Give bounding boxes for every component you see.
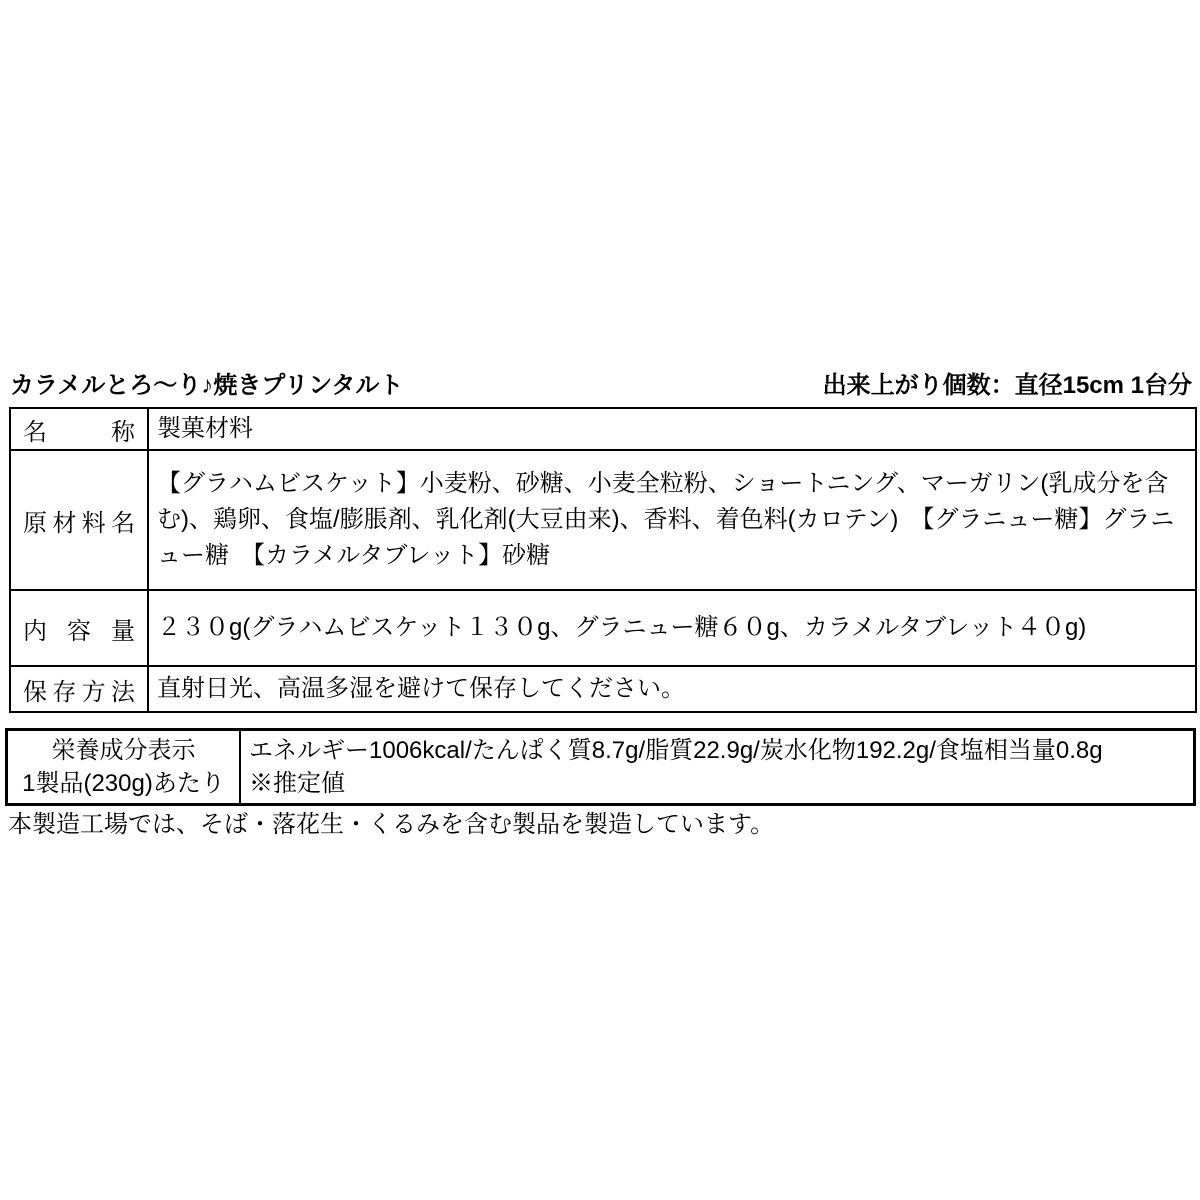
product-label-page: カラメルとろ～り♪焼きプリンタルト 出来上がり個数：直径15cm 1台分 名称 … <box>0 0 1200 1200</box>
row-label-storage: 保存方法 <box>11 667 149 711</box>
row-value-storage: 直射日光、高温多湿を避けて保存してください。 <box>149 667 1195 711</box>
row-label-ingredients-text: 原材料名 <box>23 503 135 538</box>
table-row-net-content: 内容量 ２３０g(グラハムビスケット１３０g、グラニュー糖６０g、カラメルタブレ… <box>11 589 1195 665</box>
table-row-ingredients: 原材料名 【グラハムビスケット】小麦粉、砂糖、小麦全粒粉、ショートニング、マーガ… <box>11 449 1195 589</box>
nutrition-content: エネルギー1006kcal/たんぱく質8.7g/脂質22.9g/炭水化物192.… <box>241 731 1193 803</box>
row-value-net-content: ２３０g(グラハムビスケット１３０g、グラニュー糖６０g、カラメルタブレット４０… <box>149 591 1195 665</box>
nutrition-note: ※推定値 <box>249 767 1185 800</box>
row-label-net-content: 内容量 <box>11 591 149 665</box>
row-label-net-content-text: 内容量 <box>23 611 135 646</box>
spec-table: 名称 製菓材料 原材料名 【グラハムビスケット】小麦粉、砂糖、小麦全粒粉、ショー… <box>9 407 1197 713</box>
table-row-storage: 保存方法 直射日光、高温多湿を避けて保存してください。 <box>11 665 1195 711</box>
yield-info: 出来上がり個数：直径15cm 1台分 <box>823 372 1192 400</box>
row-label-name: 名称 <box>11 409 149 449</box>
row-label-ingredients: 原材料名 <box>11 451 149 589</box>
nutrition-label-line2: 1製品(230g)あたり <box>22 767 225 800</box>
nutrition-label-line1: 栄養成分表示 <box>52 734 196 767</box>
nutrition-values: エネルギー1006kcal/たんぱく質8.7g/脂質22.9g/炭水化物192.… <box>249 734 1185 767</box>
row-value-name-text: 製菓材料 <box>157 411 253 447</box>
allergen-notice: 本製造工場では、そば・落花生・くるみを含む製品を製造しています。 <box>8 810 1192 840</box>
table-row-name: 名称 製菓材料 <box>11 409 1195 449</box>
row-label-storage-text: 保存方法 <box>23 672 135 707</box>
row-value-net-content-text: ２３０g(グラハムビスケット１３０g、グラニュー糖６０g、カラメルタブレット４０… <box>157 610 1086 646</box>
row-label-name-text: 名称 <box>23 412 135 447</box>
row-value-storage-text: 直射日光、高温多湿を避けて保存してください。 <box>157 671 685 707</box>
header-row: カラメルとろ～り♪焼きプリンタルト 出来上がり個数：直径15cm 1台分 <box>10 372 1192 400</box>
row-value-name: 製菓材料 <box>149 409 1195 449</box>
product-title: カラメルとろ～り♪焼きプリンタルト <box>10 372 403 400</box>
nutrition-label: 栄養成分表示 1製品(230g)あたり <box>8 731 241 803</box>
row-value-ingredients: 【グラハムビスケット】小麦粉、砂糖、小麦全粒粉、ショートニング、マーガリン(乳成… <box>149 451 1195 589</box>
nutrition-table: 栄養成分表示 1製品(230g)あたり エネルギー1006kcal/たんぱく質8… <box>5 728 1196 806</box>
row-value-ingredients-text: 【グラハムビスケット】小麦粉、砂糖、小麦全粒粉、ショートニング、マーガリン(乳成… <box>157 466 1189 574</box>
